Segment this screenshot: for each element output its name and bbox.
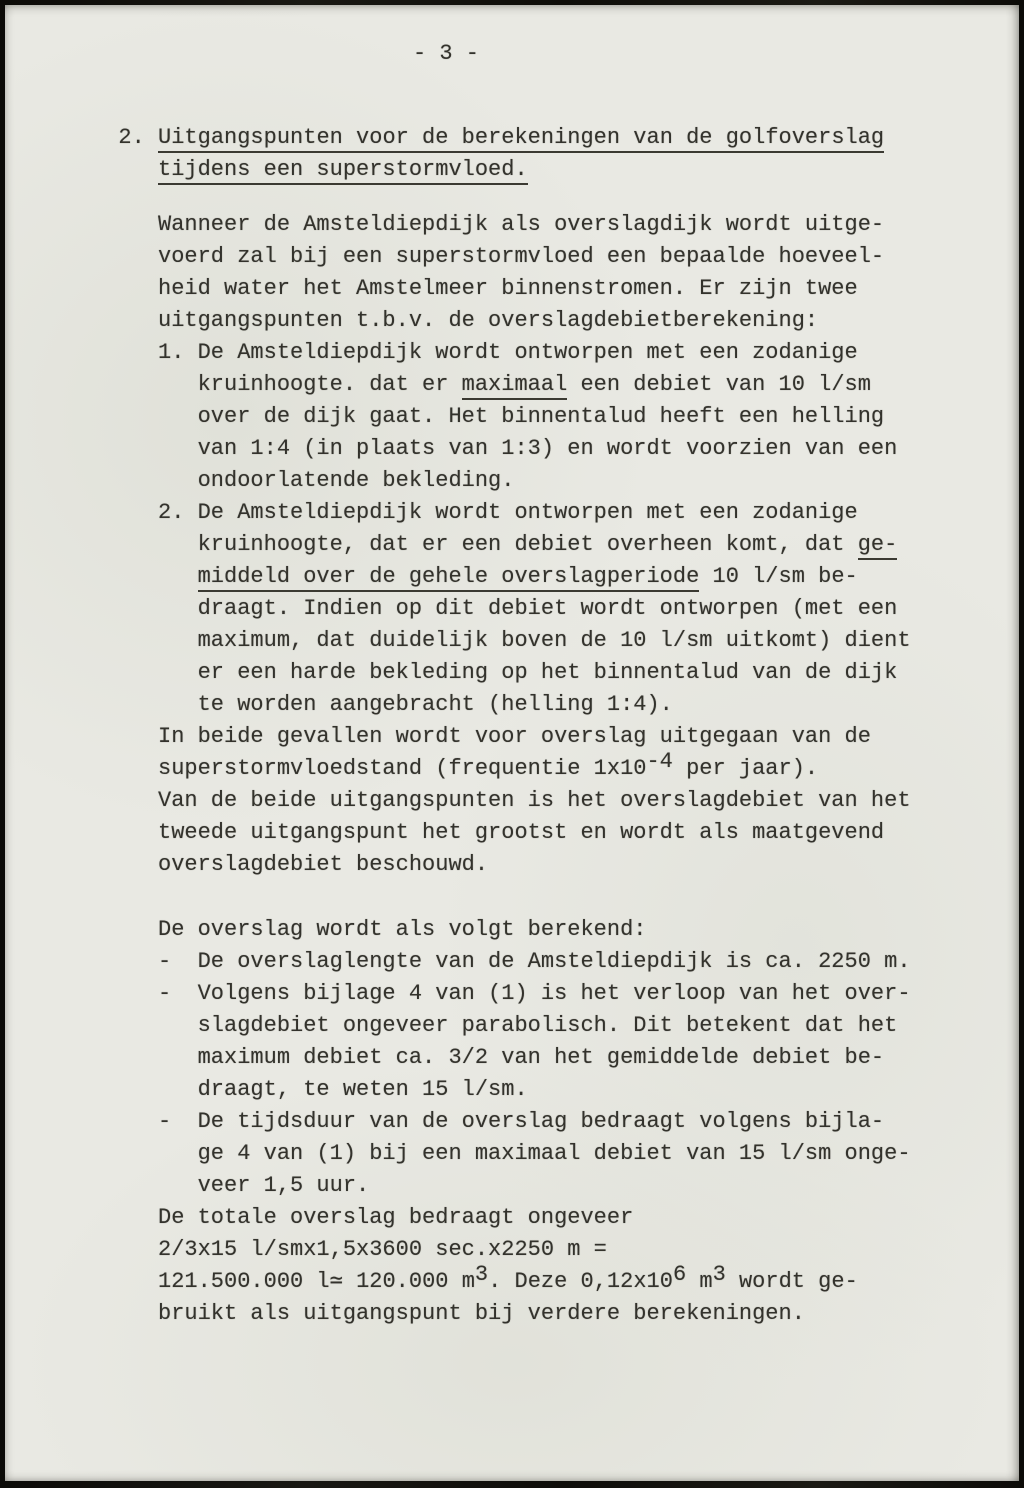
text-line: - De overslaglengte van de Amsteldiepdij… — [158, 946, 911, 978]
text-line: 2. De Amsteldiepdijk wordt ontworpen met… — [158, 497, 911, 529]
text-segment: overslagdebiet beschouwd. — [158, 852, 488, 877]
text-segment: draagt. Indien op dit debiet wordt ontwo… — [158, 596, 897, 621]
text-line: voerd zal bij een superstormvloed een be… — [158, 241, 911, 273]
underlined-text: Uitgangspunten voor de berekeningen van … — [158, 125, 884, 153]
text-line: te worden aangebracht (helling 1:4). — [158, 689, 911, 721]
text-segment: te worden aangebracht (helling 1:4). — [158, 692, 673, 717]
text-segment — [158, 564, 198, 589]
text-segment: - Volgens bijlage 4 van (1) is het verlo… — [158, 981, 911, 1006]
text-segment: bruikt als uitgangspunt bij verdere bere… — [158, 1301, 805, 1326]
text-segment: superstormvloedstand (frequentie 1x10 — [158, 756, 646, 781]
text-segment: slagdebiet ongeveer parabolisch. Dit bet… — [158, 1013, 897, 1038]
underlined-text: maximaal — [462, 372, 568, 400]
text-segment: 2. — [118, 125, 158, 150]
text-line: ondoorlatende bekleding. — [158, 465, 911, 497]
underlined-text: ge- — [858, 532, 898, 560]
text-line: Van de beide uitgangspunten is het overs… — [158, 785, 911, 817]
text-segment: kruinhoogte, dat er een debiet overheen … — [158, 532, 858, 557]
text-segment: er een harde bekleding op het binnentalu… — [158, 660, 897, 685]
document-heading: 2. Uitgangspunten voor de berekeningen v… — [158, 122, 884, 186]
text-line: kruinhoogte. dat er maximaal een debiet … — [158, 369, 911, 401]
text-segment: kruinhoogte. dat er — [158, 372, 462, 397]
text-segment: veer 1,5 uur. — [158, 1173, 369, 1198]
text-line: heid water het Amstelmeer binnenstromen.… — [158, 273, 911, 305]
text-segment: m — [686, 1269, 712, 1294]
text-segment: 2. De Amsteldiepdijk wordt ontworpen met… — [158, 500, 858, 525]
text-segment: Wanneer de Amsteldiepdijk als overslagdi… — [158, 212, 884, 237]
text-segment: 121.500.000 l≃ 120.000 m — [158, 1269, 475, 1294]
underlined-text: middeld over de gehele overslagperiode — [198, 564, 700, 592]
text-line: veer 1,5 uur. — [158, 1170, 911, 1202]
text-line: Wanneer de Amsteldiepdijk als overslagdi… — [158, 209, 911, 241]
text-line: ge 4 van (1) bij een maximaal debiet van… — [158, 1138, 911, 1170]
text-line: De overslag wordt als volgt berekend: — [158, 914, 911, 946]
text-line: kruinhoogte, dat er een debiet overheen … — [158, 529, 911, 561]
text-line: - De tijdsduur van de overslag bedraagt … — [158, 1106, 911, 1138]
underlined-text: tijdens een superstormvloed. — [158, 157, 528, 185]
text-segment: 10 l/sm be- — [699, 564, 857, 589]
document-body: Wanneer de Amsteldiepdijk als overslagdi… — [158, 209, 911, 1330]
text-segment: De overslag wordt als volgt berekend: — [158, 917, 646, 942]
text-segment: heid water het Amstelmeer binnenstromen.… — [158, 276, 858, 301]
text-line: bruikt als uitgangspunt bij verdere bere… — [158, 1298, 911, 1330]
text-segment: draagt, te weten 15 l/sm. — [158, 1077, 528, 1102]
scan-bed-background: - 3 - 2. Uitgangspunten voor de berekeni… — [0, 0, 1024, 1488]
text-line: 1. De Amsteldiepdijk wordt ontworpen met… — [158, 337, 911, 369]
text-line: superstormvloedstand (frequentie 1x10-4 … — [158, 753, 911, 785]
text-line: 2/3x15 l/smx1,5x3600 sec.x2250 m = — [158, 1234, 911, 1266]
text-segment: 1. De Amsteldiepdijk wordt ontworpen met… — [158, 340, 858, 365]
text-segment: 2/3x15 l/smx1,5x3600 sec.x2250 m = — [158, 1237, 607, 1262]
superscript-text: -4 — [646, 749, 672, 774]
text-line: er een harde bekleding op het binnentalu… — [158, 657, 911, 689]
text-segment: . Deze 0,12x10 — [488, 1269, 673, 1294]
text-segment: - De tijdsduur van de overslag bedraagt … — [158, 1109, 884, 1134]
superscript-text: 6 — [673, 1262, 686, 1287]
text-line: over de dijk gaat. Het binnentalud heeft… — [158, 401, 911, 433]
blank-line — [158, 881, 911, 914]
text-segment: over de dijk gaat. Het binnentalud heeft… — [158, 404, 884, 429]
text-segment: voerd zal bij een superstormvloed een be… — [158, 244, 884, 269]
text-segment: van 1:4 (in plaats van 1:3) en wordt voo… — [158, 436, 897, 461]
text-line: draagt. Indien op dit debiet wordt ontwo… — [158, 593, 911, 625]
text-segment: In beide gevallen wordt voor overslag ui… — [158, 724, 871, 749]
text-segment: Van de beide uitgangspunten is het overs… — [158, 788, 911, 813]
text-line: uitgangspunten t.b.v. de overslagdebietb… — [158, 305, 911, 337]
text-line: slagdebiet ongeveer parabolisch. Dit bet… — [158, 1010, 911, 1042]
text-line: In beide gevallen wordt voor overslag ui… — [158, 721, 911, 753]
text-line: maximum debiet ca. 3/2 van het gemiddeld… — [158, 1042, 911, 1074]
text-segment: - De overslaglengte van de Amsteldiepdij… — [158, 949, 911, 974]
text-line: 2. Uitgangspunten voor de berekeningen v… — [158, 122, 884, 154]
text-segment: uitgangspunten t.b.v. de overslagdebietb… — [158, 308, 818, 333]
text-segment: tweede uitgangspunt het grootst en wordt… — [158, 820, 884, 845]
text-segment: per jaar). — [673, 756, 818, 781]
text-segment: maximum, dat duidelijk boven de 10 l/sm … — [158, 628, 911, 653]
text-line: 121.500.000 l≃ 120.000 m3. Deze 0,12x106… — [158, 1266, 911, 1298]
paper-sheet: - 3 - 2. Uitgangspunten voor de berekeni… — [5, 5, 1019, 1481]
text-line: overslagdebiet beschouwd. — [158, 849, 911, 881]
text-segment: maximum debiet ca. 3/2 van het gemiddeld… — [158, 1045, 884, 1070]
text-line: middeld over de gehele overslagperiode 1… — [158, 561, 911, 593]
text-line: van 1:4 (in plaats van 1:3) en wordt voo… — [158, 433, 911, 465]
text-line: - Volgens bijlage 4 van (1) is het verlo… — [158, 978, 911, 1010]
superscript-text: 3 — [713, 1262, 726, 1287]
superscript-text: 3 — [475, 1262, 488, 1287]
text-line: draagt, te weten 15 l/sm. — [158, 1074, 911, 1106]
text-segment: ge 4 van (1) bij een maximaal debiet van… — [158, 1141, 911, 1166]
text-line: tijdens een superstormvloed. — [158, 154, 884, 186]
text-segment: ondoorlatende bekleding. — [158, 468, 514, 493]
page-number: - 3 - — [413, 38, 479, 70]
text-segment: wordt ge- — [726, 1269, 858, 1294]
text-line: De totale overslag bedraagt ongeveer — [158, 1202, 911, 1234]
text-line: tweede uitgangspunt het grootst en wordt… — [158, 817, 911, 849]
text-segment: een debiet van 10 l/sm — [567, 372, 871, 397]
text-line: maximum, dat duidelijk boven de 10 l/sm … — [158, 625, 911, 657]
text-segment: De totale overslag bedraagt ongeveer — [158, 1205, 633, 1230]
